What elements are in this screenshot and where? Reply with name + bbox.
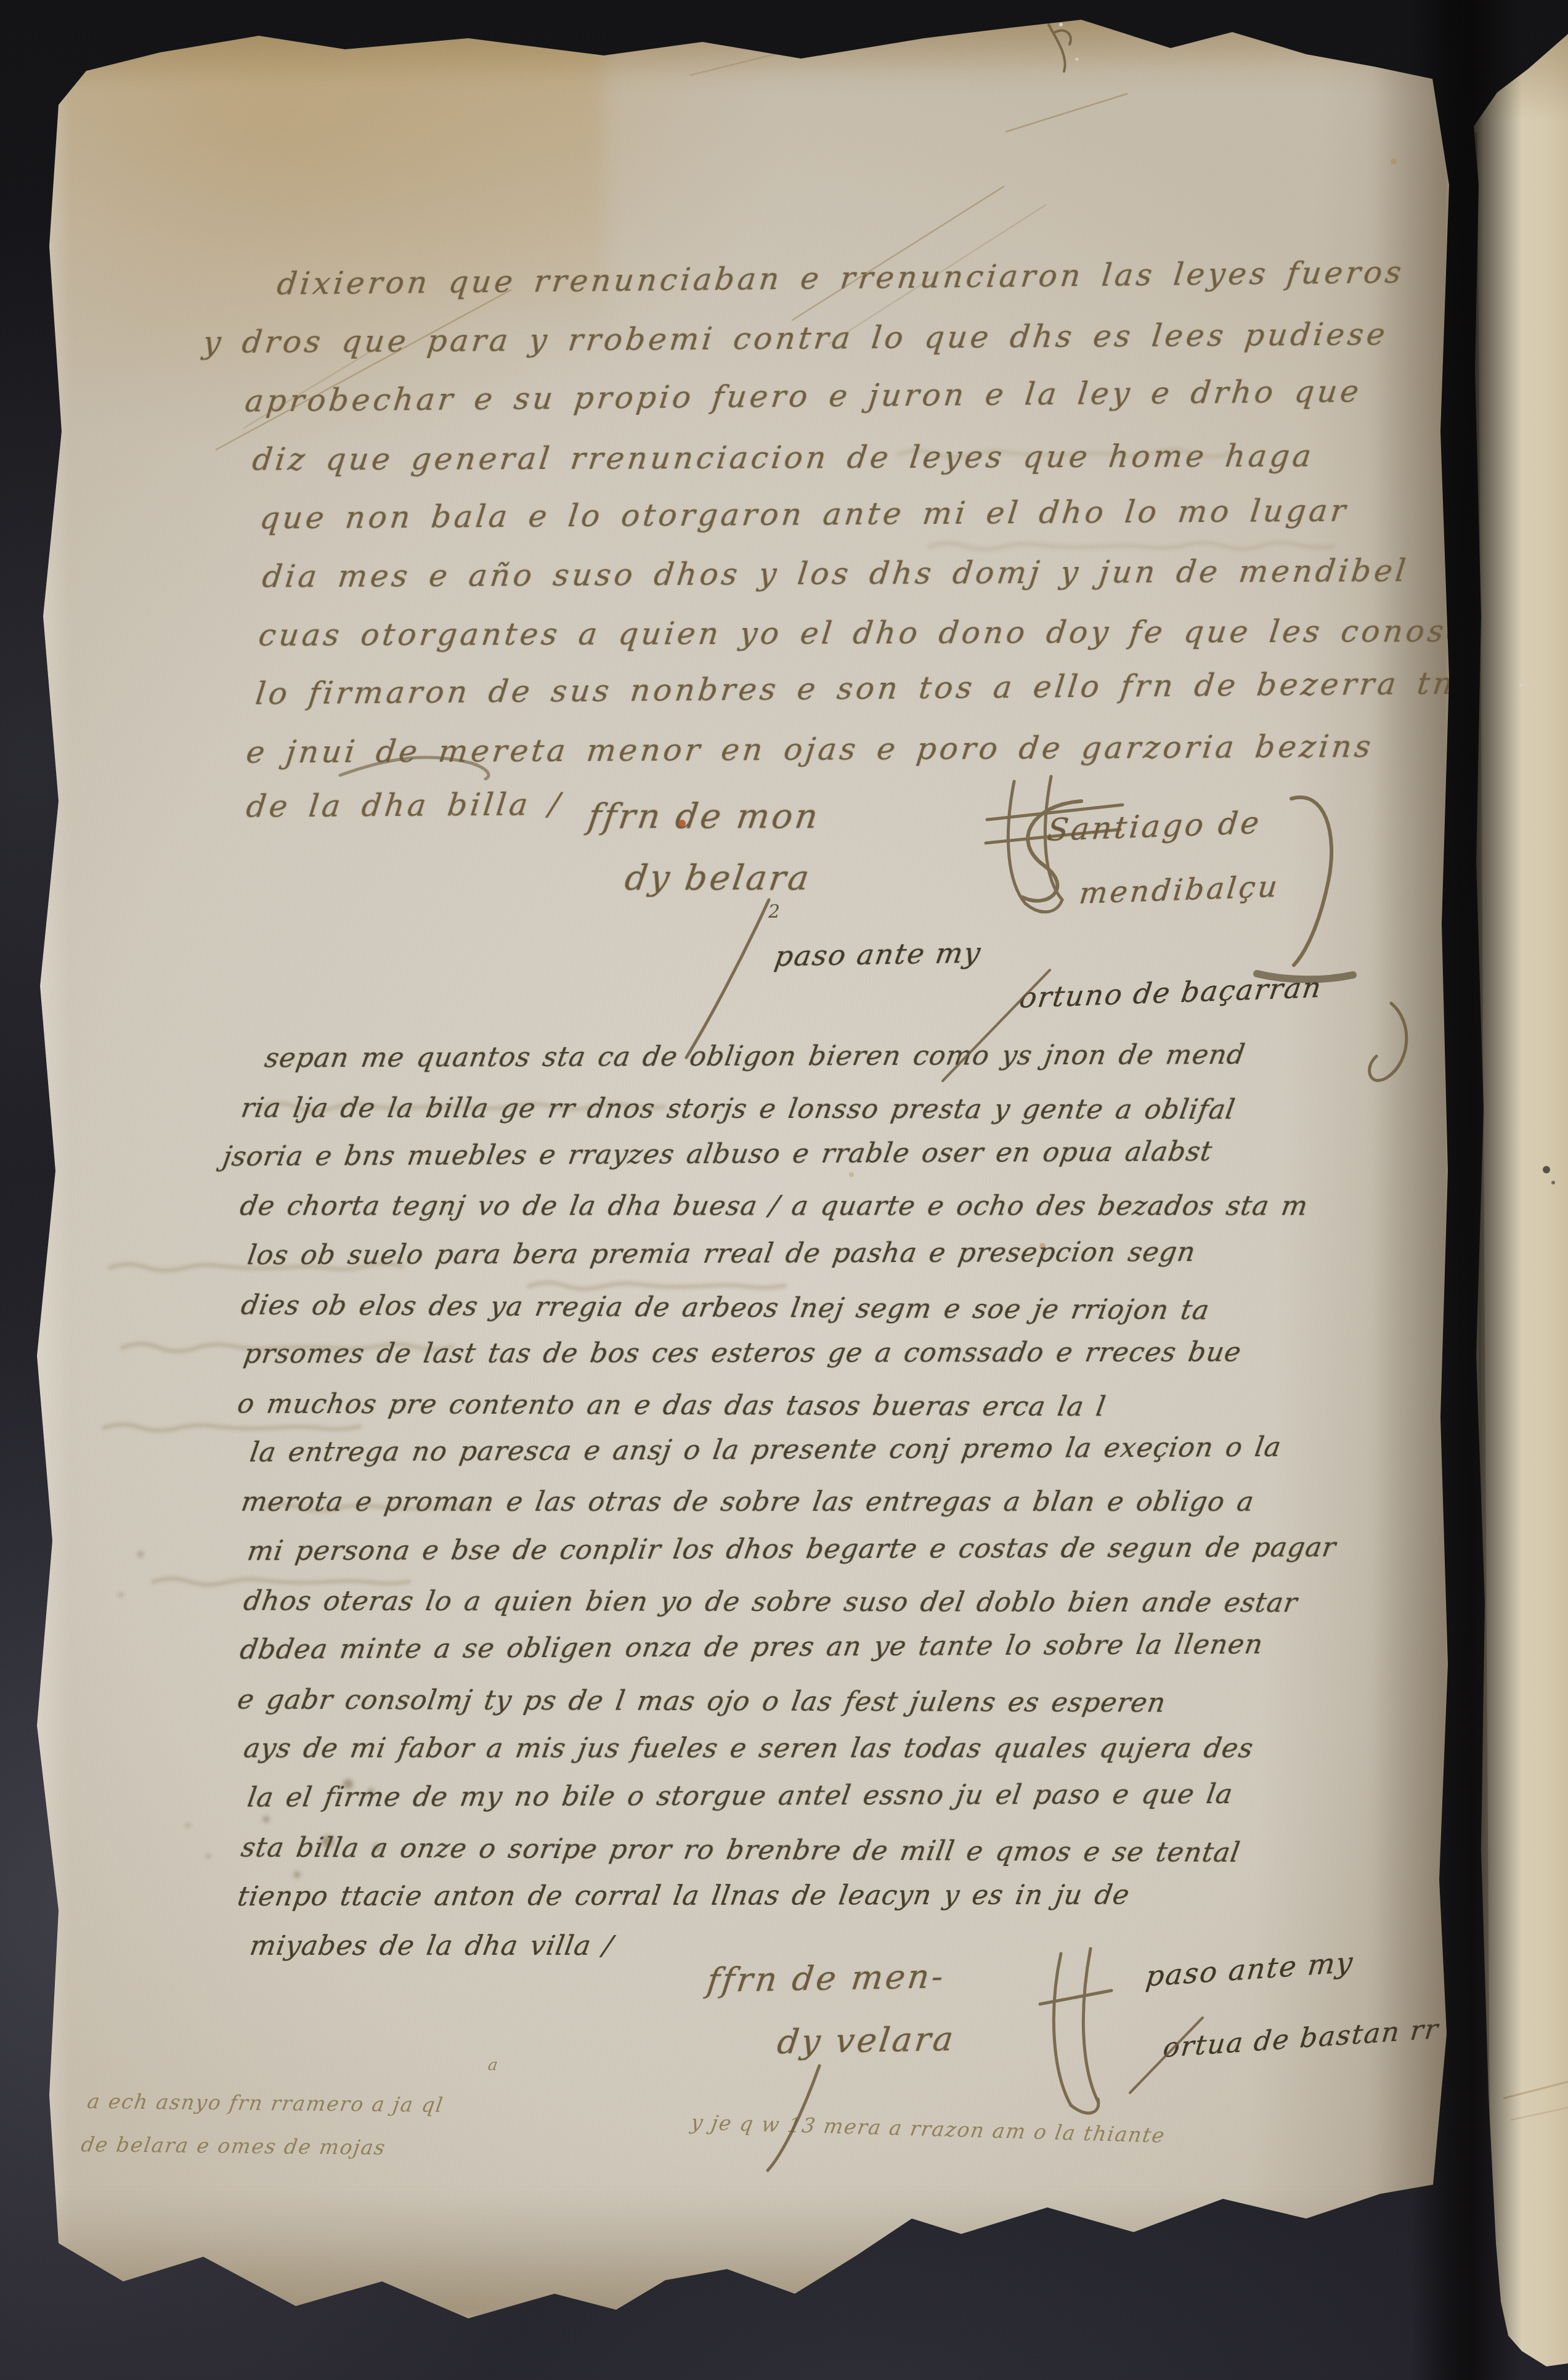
manuscript-line: dbdea minte a se obligen onza de pres an… xyxy=(238,1629,1265,1666)
manuscript-line: sta billa a onze o soripe pror ro brenbr… xyxy=(239,1832,1243,1868)
photo-background: dixieron que rrenunciaban e rrenunciaron… xyxy=(0,0,1568,2380)
manuscript-line: jsoria e bns muebles e rrayzes albuso e … xyxy=(221,1136,1214,1173)
signature-line: dy belara xyxy=(622,858,814,898)
manuscript-line: cuas otorgantes a quien yo el dho dono d… xyxy=(257,613,1491,653)
edge-shading-bottom xyxy=(37,2191,1442,2320)
rubric-flourish xyxy=(1040,1991,1111,2004)
manuscript-line: ria lja de la billa ge rr dnos storjs e … xyxy=(239,1092,1238,1125)
marginal-note: de belara e omes de mojas xyxy=(79,2132,388,2159)
signature-line: ffrn de mon xyxy=(585,796,823,836)
manuscript-line: miyabes de la dha villa / xyxy=(248,1930,615,1962)
edge-shading-top xyxy=(24,6,1442,88)
page-main: dixieron que rrenunciaban e rrenunciaron… xyxy=(0,0,1568,2380)
top-edge-ink-mark xyxy=(1055,30,1071,44)
manuscript-line: aprobechar e su propio fuero e juron e l… xyxy=(243,373,1364,419)
signature-descender xyxy=(686,900,769,1058)
attestation-line: paso ante my xyxy=(773,935,984,972)
marginal-note: a ech asnyo frn rramero a ja ql xyxy=(86,2089,445,2117)
dark-speck xyxy=(1551,1181,1555,1184)
marginal-note: y je q w 13 mera a rrazon am o la thiant… xyxy=(689,2110,1168,2148)
attestation-line: paso ante my xyxy=(1144,1946,1355,1993)
rubric-flourish xyxy=(1025,900,1062,912)
signature-line: mendibalçu xyxy=(1078,870,1282,911)
manuscript-line: los ob suelo para bera premia rreal de p… xyxy=(245,1237,1198,1271)
signature-line: dy velara xyxy=(775,2019,958,2061)
attestation-line: ortuno de baçarran xyxy=(1017,971,1324,1014)
manuscript-line: dixieron que rrenunciaban e rrenunciaron… xyxy=(275,255,1407,302)
dark-speck xyxy=(1543,1166,1550,1173)
rubric-flourish xyxy=(1291,797,1331,965)
manuscript-line: que non bala e lo otorgaron ante mi el d… xyxy=(258,493,1351,536)
manuscript-line: ays de mi fabor a mis jus fueles e seren… xyxy=(242,1733,1256,1764)
manuscript-line: prsomes de last tas de bos ces esteros g… xyxy=(242,1337,1244,1370)
rubric-flourish xyxy=(1008,781,1025,903)
rubric-flourish xyxy=(1083,1949,1098,2101)
manuscript-line: la entrega no paresca e ansj o la presen… xyxy=(248,1432,1283,1469)
edge-shading-right xyxy=(1371,55,1451,2200)
top-edge-ink-mark xyxy=(1049,25,1065,71)
manuscript-line: de chorta tegnj vo de la dha buesa / a q… xyxy=(238,1191,1310,1222)
signature-line: Santiago de xyxy=(1046,805,1263,848)
dust-speck xyxy=(1076,58,1079,61)
signature-line: ffrn de men- xyxy=(705,1957,948,2000)
rubric-flourish xyxy=(1054,1954,1071,2105)
manuscript-line: mi persona e bse de conplir los dhos beg… xyxy=(245,1532,1338,1567)
marginal-superscript: a xyxy=(487,2056,500,2074)
stain-topleft xyxy=(0,0,604,444)
manuscript-line: sepan me quantos sta ca de obligon biere… xyxy=(262,1039,1248,1074)
edge-highlight-left xyxy=(32,92,71,2249)
manuscript-line: tienpo ttacie anton de corral la llnas d… xyxy=(235,1879,1132,1912)
manuscript-line: o muchos pre contento an e das das tasos… xyxy=(235,1388,1108,1422)
manuscript-line: merota e proman e las otras de sobre las… xyxy=(239,1486,1256,1518)
dust-speck xyxy=(1059,23,1063,26)
attestation-line: ortua de bastan rr xyxy=(1161,2013,1440,2064)
manuscript-line: dhos oteras lo a quien bien yo de sobre … xyxy=(242,1585,1300,1618)
manuscript-line: diz que general rrenunciacion de leyes q… xyxy=(251,438,1317,478)
manuscript-line: dies ob elos des ya rregia de arbeos lne… xyxy=(239,1289,1212,1326)
manuscript-line: e jnui de mereta menor en ojas e poro de… xyxy=(245,728,1376,770)
manuscript-line: e gabr consolmj ty ps de l mas ojo o las… xyxy=(235,1684,1168,1718)
manuscript-line: la el firme de my no bile o storgue ante… xyxy=(245,1779,1235,1814)
manuscript-line: dia mes e año suso dhos y los dhs domj y… xyxy=(261,553,1411,595)
manuscript-line: de la dha billa / xyxy=(245,786,565,825)
rubric-flourish xyxy=(1071,2099,1099,2113)
manuscript-line: lo firmaron de sus nonbres e son tos a e… xyxy=(254,666,1479,712)
manuscript-line: y dros que para y rrobemi contra lo que … xyxy=(201,317,1390,361)
attestation-numeral: 2 xyxy=(768,901,780,923)
rubric-flourish xyxy=(1370,1003,1407,1080)
